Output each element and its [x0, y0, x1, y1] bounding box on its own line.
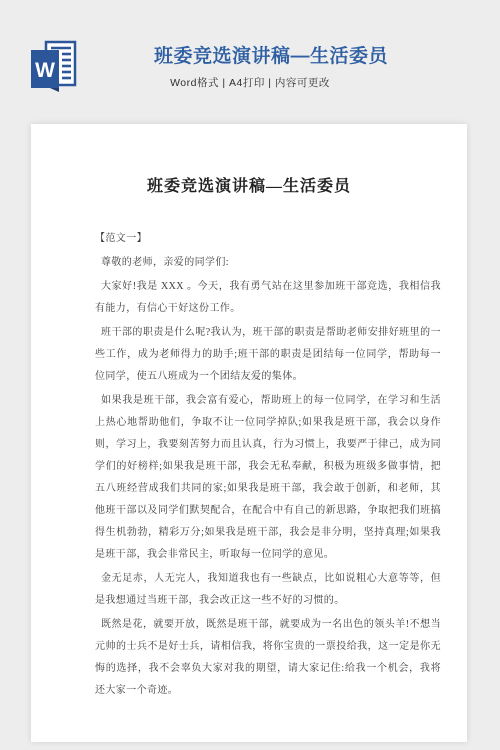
doc-paragraphs: 【范文一】尊敬的老师，亲爱的同学们:大家好!我是 XXX 。今天，我有勇气站在这… [31, 228, 467, 702]
doc-paragraph: 既然是花，就要开放，既然是班干部，就要成为一名出色的领头羊!不想当元帅的士兵不是… [95, 614, 441, 702]
template-title: 班委竞选演讲稿—生活委员 [112, 43, 388, 70]
doc-title: 班委竞选演讲稿—生活委员 [31, 178, 467, 196]
document-page: 班委竞选演讲稿—生活委员 【范文一】尊敬的老师，亲爱的同学们:大家好!我是 XX… [31, 124, 467, 742]
word-file-icon-svg: W [30, 40, 80, 92]
doc-paragraph: 尊敬的老师，亲爱的同学们: [95, 252, 441, 274]
doc-paragraph: 金无足赤，人无完人，我知道我也有一些缺点，比如说粗心大意等等，但是我想通过当班干… [95, 568, 441, 612]
doc-paragraph: 班干部的职责是什么呢?我认为，班干部的职责是帮助老师安排好班里的一些工作，成为老… [95, 322, 441, 388]
header: W 班委竞选演讲稿—生活委员 Word格式 | A4打印 | 内容可更改 [0, 0, 500, 124]
doc-paragraph: 大家好!我是 XXX 。今天，我有勇气站在这里参加班干部竞选，我相信我有能力，有… [95, 276, 441, 320]
doc-paragraph: 【范文一】 [95, 228, 441, 250]
svg-text:W: W [35, 59, 55, 82]
word-file-icon: W [30, 40, 80, 92]
doc-paragraph: 如果我是班干部，我会富有爱心，帮助班上的每一位同学，在学习和生活上热心地帮助他们… [95, 390, 441, 566]
